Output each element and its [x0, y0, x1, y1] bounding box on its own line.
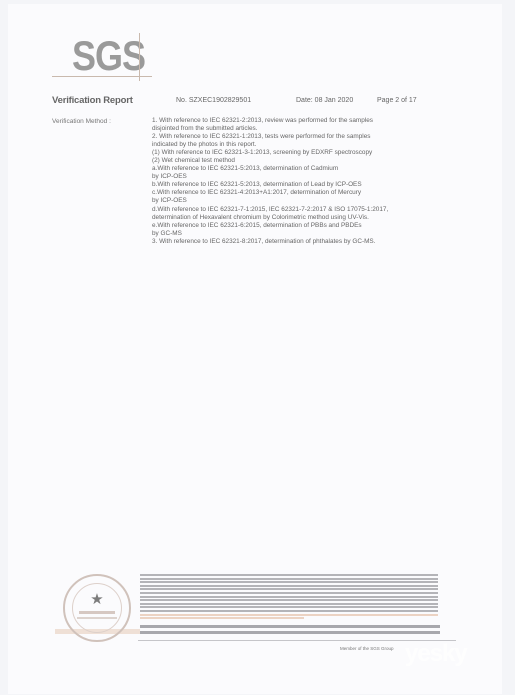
address-line-english: [140, 625, 440, 628]
method-line: by ICP-OES: [152, 173, 482, 181]
watermark: yesky: [405, 640, 467, 668]
method-line: (2) Wet chemical test method: [152, 157, 482, 165]
method-line: 1. With reference to IEC 62321-2:2013, r…: [152, 117, 482, 125]
terms-and-conditions-text: [140, 574, 438, 621]
report-date: Date: 08 Jan 2020: [296, 97, 353, 104]
method-line: (1) With reference to IEC 62321-3-1:2013…: [152, 149, 482, 157]
method-line: d.With reference to IEC 62321-7-1:2015, …: [152, 206, 482, 214]
fine-print-line: [140, 606, 438, 608]
method-line: 3. With reference to IEC 62321-8:2017, d…: [152, 238, 482, 246]
fine-print-line: [140, 599, 438, 601]
fine-print-line: [140, 603, 438, 605]
company-address: [140, 625, 440, 637]
member-of-sgs-group: Member of the SGS Group: [340, 646, 394, 651]
method-line: b.With reference to IEC 62321-5:2013, de…: [152, 181, 482, 189]
official-seal: ★: [63, 574, 131, 642]
method-line: 2. With reference to IEC 62321-1:2013, t…: [152, 133, 482, 141]
method-line: determination of Hexavalent chromium by …: [152, 214, 482, 222]
fine-print-line: [140, 585, 438, 587]
report-number: No. SZXEC1902829501: [176, 97, 251, 104]
fine-print-line: [140, 578, 438, 580]
verification-method-text: 1. With reference to IEC 62321-2:2013, r…: [152, 117, 482, 246]
fine-print-line: [140, 592, 438, 594]
address-line-chinese: [140, 631, 440, 634]
method-line: c.With reference to IEC 62321-4:2013+A1:…: [152, 189, 482, 197]
fine-print-line: [140, 610, 438, 612]
method-line: e.With reference to IEC 62321-6:2015, de…: [152, 222, 482, 230]
logo-text: SGS: [72, 32, 145, 80]
page-indicator: Page 2 of 17: [377, 97, 417, 104]
method-line: by GC-MS: [152, 230, 482, 238]
logo-horizontal-rule: [52, 76, 152, 77]
fine-print-line: [140, 596, 438, 598]
fine-print-line: [140, 617, 304, 619]
seal-subtext: [77, 617, 117, 619]
fine-print-line: [140, 588, 438, 590]
star-icon: ★: [65, 592, 129, 607]
fine-print-line: [140, 581, 438, 583]
logo-vertical-rule: [139, 33, 140, 81]
report-header: Verification Report No. SZXEC1902829501 …: [44, 96, 484, 108]
fine-print-line: [140, 574, 438, 576]
seal-text: [79, 611, 115, 614]
fine-print-line: [140, 614, 438, 616]
report-title: Verification Report: [52, 95, 133, 106]
sgs-logo: SGS: [50, 32, 150, 82]
method-line: indicated by the photos in this report.: [152, 141, 482, 149]
method-line: by ICP-OES: [152, 197, 482, 205]
method-line: disjointed from the submitted articles.: [152, 125, 482, 133]
verification-method-label: Verification Method :: [52, 118, 111, 125]
method-line: a.With reference to IEC 62321-5:2013, de…: [152, 165, 482, 173]
